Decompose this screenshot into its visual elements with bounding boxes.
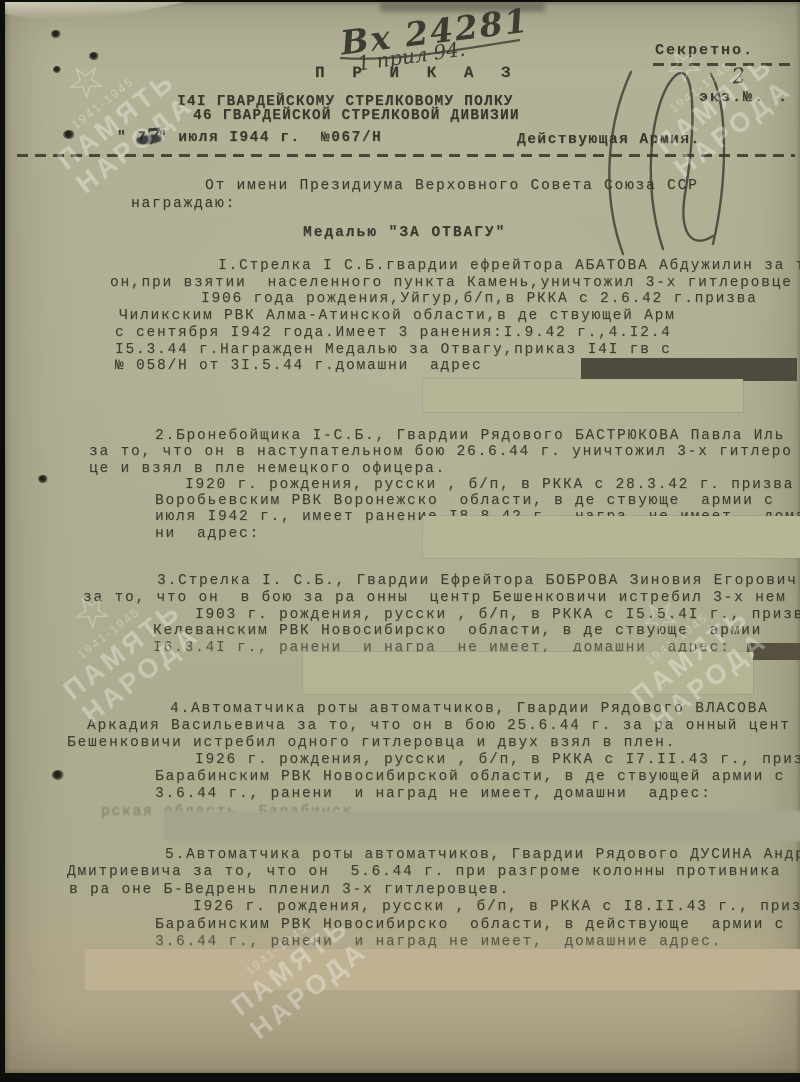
scanned-document-page: { "doc": { "handwritten": { "registratio…: [0, 0, 800, 1082]
entry-3-line: Келеванским РВК Новосибирско области, в …: [5, 623, 800, 640]
redaction-box-olive-1: [423, 379, 743, 412]
entry-5-line: Дмитриевича за то, что он 5.6.44 г. при …: [5, 864, 800, 881]
paper-hole: [51, 30, 61, 38]
entry-4-line: 4.Автоматчика роты автоматчиков, Гвардии…: [5, 701, 800, 718]
redaction-band-tan-5: [85, 949, 800, 990]
blur-band-grey-4: [163, 811, 800, 841]
entry-4-line: Барабинским РВК Новосибирской области, в…: [5, 769, 800, 786]
unit-line-2: 46 ГВАРДЕЙСКОЙ СТРЕЛКОВОЙ ДИВИЗИИ: [193, 108, 520, 124]
entry-1-line: он,при взятии населенного пункта Камень,…: [5, 275, 800, 292]
paper-hole: [89, 52, 99, 60]
entry-2-line: це и взял в пле немецкого офицера.: [5, 461, 800, 477]
entry-4: 4.Автоматчика роты автоматчиков, Гвардии…: [5, 701, 800, 821]
medal-line: Медалью "ЗА ОТВАГУ": [303, 225, 506, 241]
entry-1-line: I5.3.44 г.Награжден Медалью за Отвагу,пр…: [5, 342, 800, 359]
redaction-box-dark-1: [581, 358, 797, 381]
document-paper: Секретно. экз.№. . . . 2 Вх 24281 1 прил…: [5, 2, 800, 1073]
entry-3-line: за то, что он в бою за ра онны центр Беш…: [5, 590, 800, 607]
entry-3-line: 3.Стрелка I. С.Б., Гвардии Ефрейтора БОБ…: [5, 573, 800, 590]
entry-5-line: Барабинским РВК Новосибирско области, в …: [5, 917, 800, 934]
redaction-box-olive-3: [303, 652, 753, 694]
entry-4-line: Бешенковичи истребил одного гитлеровца и…: [5, 735, 800, 752]
paper-hole: [52, 770, 64, 780]
entry-2-line: I920 г. рождения, русски , б/п, в РККА с…: [5, 477, 800, 493]
entry-1-line: I906 года рождения,Уйгур,б/п,в РККА с 2.…: [5, 291, 800, 308]
entry-2-line: Воробьевским РВК Воронежско области, в д…: [5, 493, 800, 509]
entry-5: 5.Автоматчика роты автоматчиков, Гвардии…: [5, 847, 800, 951]
entry-4-line: I926 г. рождения, русски , б/п, в РККА с…: [5, 752, 800, 769]
entry-1-line: Чиликским РВК Алма-Атинской области,в де…: [5, 308, 800, 325]
handwritten-date-digit: 7: [145, 123, 163, 150]
entry-5-line: в ра оне Б-Ведрень пленил 3-х гитлеровце…: [5, 882, 800, 899]
entry-5-line: 5.Автоматчика роты автоматчиков, Гвардии…: [5, 847, 800, 864]
watermark-word-1: ПАМЯТЬ: [36, 53, 196, 187]
signature-flourish: [593, 44, 758, 269]
entry-2-line: за то, что он в наступательном бою 26.6.…: [5, 444, 800, 460]
copy-dots: . . . .: [754, 89, 800, 106]
torn-edge: [5, 2, 185, 22]
entry-5-line: I926 г. рождения, русски , б/п, в РККА с…: [5, 899, 800, 916]
paper-hole: [53, 66, 61, 73]
watermark-block: ☆ 1941-1945 ПАМЯТЬ НАРОДА: [5, 11, 215, 212]
redaction-box-olive-2: [423, 516, 800, 558]
handwriting-underline-flourish: [335, 36, 525, 66]
entry-2-line: 2.Бронебойщика I-С.Б., Гвардии Рядового …: [5, 428, 800, 444]
entry-4-line: 3.6.44 г., ранени и наград не имеет, дом…: [5, 786, 800, 803]
entry-4-line: Аркадия Васильевича за то, что он в бою …: [5, 718, 800, 735]
entry-1-line: с сентября I942 года.Имеет 3 ранения:I.9…: [5, 325, 800, 342]
redaction-box-dark-3: [747, 643, 800, 660]
paper-hole: [63, 130, 75, 139]
paper-hole: [38, 475, 48, 483]
entry-3-line: I903 г. рождения, русски , б/п, в РККА с…: [5, 607, 800, 624]
preamble-line-2: награждаю:: [131, 196, 236, 212]
entry-3: 3.Стрелка I. С.Б., Гвардии Ефрейтора БОБ…: [5, 573, 800, 657]
